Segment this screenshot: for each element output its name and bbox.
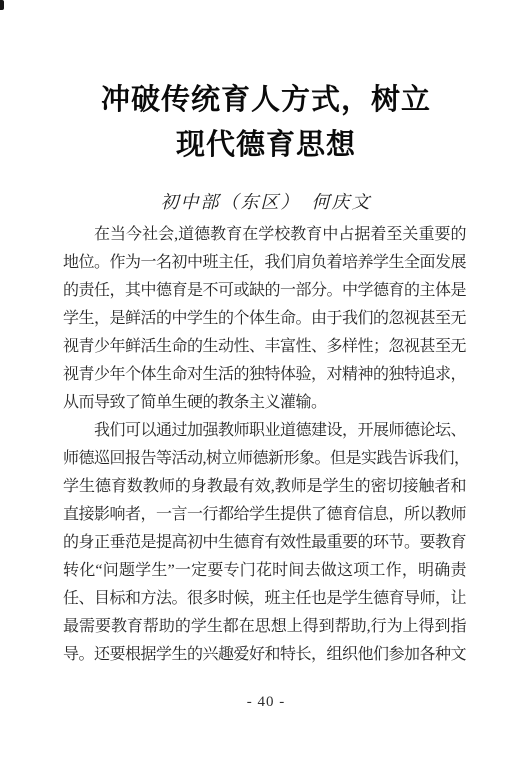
body-line-p1-l7: 从而导致了简单生硬的教条主义灌输。 (63, 389, 466, 417)
scan-artifact-mark (0, 0, 3, 8)
body-line-p1-l5: 视青少年鲜活生命的生动性、丰富性、多样性；忽视甚至无 (63, 333, 466, 361)
body-line-p2-l1: 我们可以通过加强教师职业道德建设，开展师德论坛、 (63, 417, 466, 445)
page-title-line-2: 现代德育思想 (0, 123, 532, 168)
body-line-p2-l6: 转化“问题学生”一定要专门花时间去做这项工作，明确责 (63, 557, 466, 585)
body-line-p2-l9: 导。还要根据学生的兴趣爱好和特长，组织他们参加各种文 (63, 641, 466, 669)
body-line-p2-l2: 师德巡回报告等活动,树立师德新形象。但是实践告诉我们， (63, 445, 466, 473)
body-line-p1-l1: 在当今社会,道德教育在学校教育中占据着至关重要的 (63, 221, 466, 249)
page-number: - 40 - (0, 692, 532, 712)
body-line-p2-l4: 直接影响者，一言一行都给学生提供了德育信息，所以教师 (63, 501, 466, 529)
author-byline: 初中部（东区） 何庆文 (0, 190, 532, 214)
body-line-p2-l8: 最需要教育帮助的学生都在思想上得到帮助,行为上得到指 (63, 613, 466, 641)
page-title: 冲破传统育人方式，树立 现代德育思想 (0, 78, 532, 168)
body-line-p1-l4: 学生，是鲜活的中学生的个体生命。由于我们的忽视甚至无 (63, 305, 466, 333)
document-page: 冲破传统育人方式，树立 现代德育思想 初中部（东区） 何庆文 在当今社会,道德教… (0, 0, 532, 768)
body-line-p1-l2: 地位。作为一名初中班主任，我们肩负着培养学生全面发展 (63, 249, 466, 277)
body-text: 在当今社会,道德教育在学校教育中占据着至关重要的地位。作为一名初中班主任，我们肩… (63, 221, 466, 669)
body-line-p1-l3: 的责任，其中德育是不可或缺的一部分。中学德育的主体是 (63, 277, 466, 305)
body-line-p2-l7: 任、目标和方法。很多时候，班主任也是学生德育导师，让 (63, 585, 466, 613)
page-title-line-1: 冲破传统育人方式，树立 (0, 78, 532, 123)
body-line-p1-l6: 视青少年个体生命对生活的独特体验，对精神的独特追求， (63, 361, 466, 389)
body-line-p2-l3: 学生德育数教师的身教最有效,教师是学生的密切接触者和 (63, 473, 466, 501)
body-line-p2-l5: 的身正垂范是提高初中生德育有效性最重要的环节。要教育 (63, 529, 466, 557)
